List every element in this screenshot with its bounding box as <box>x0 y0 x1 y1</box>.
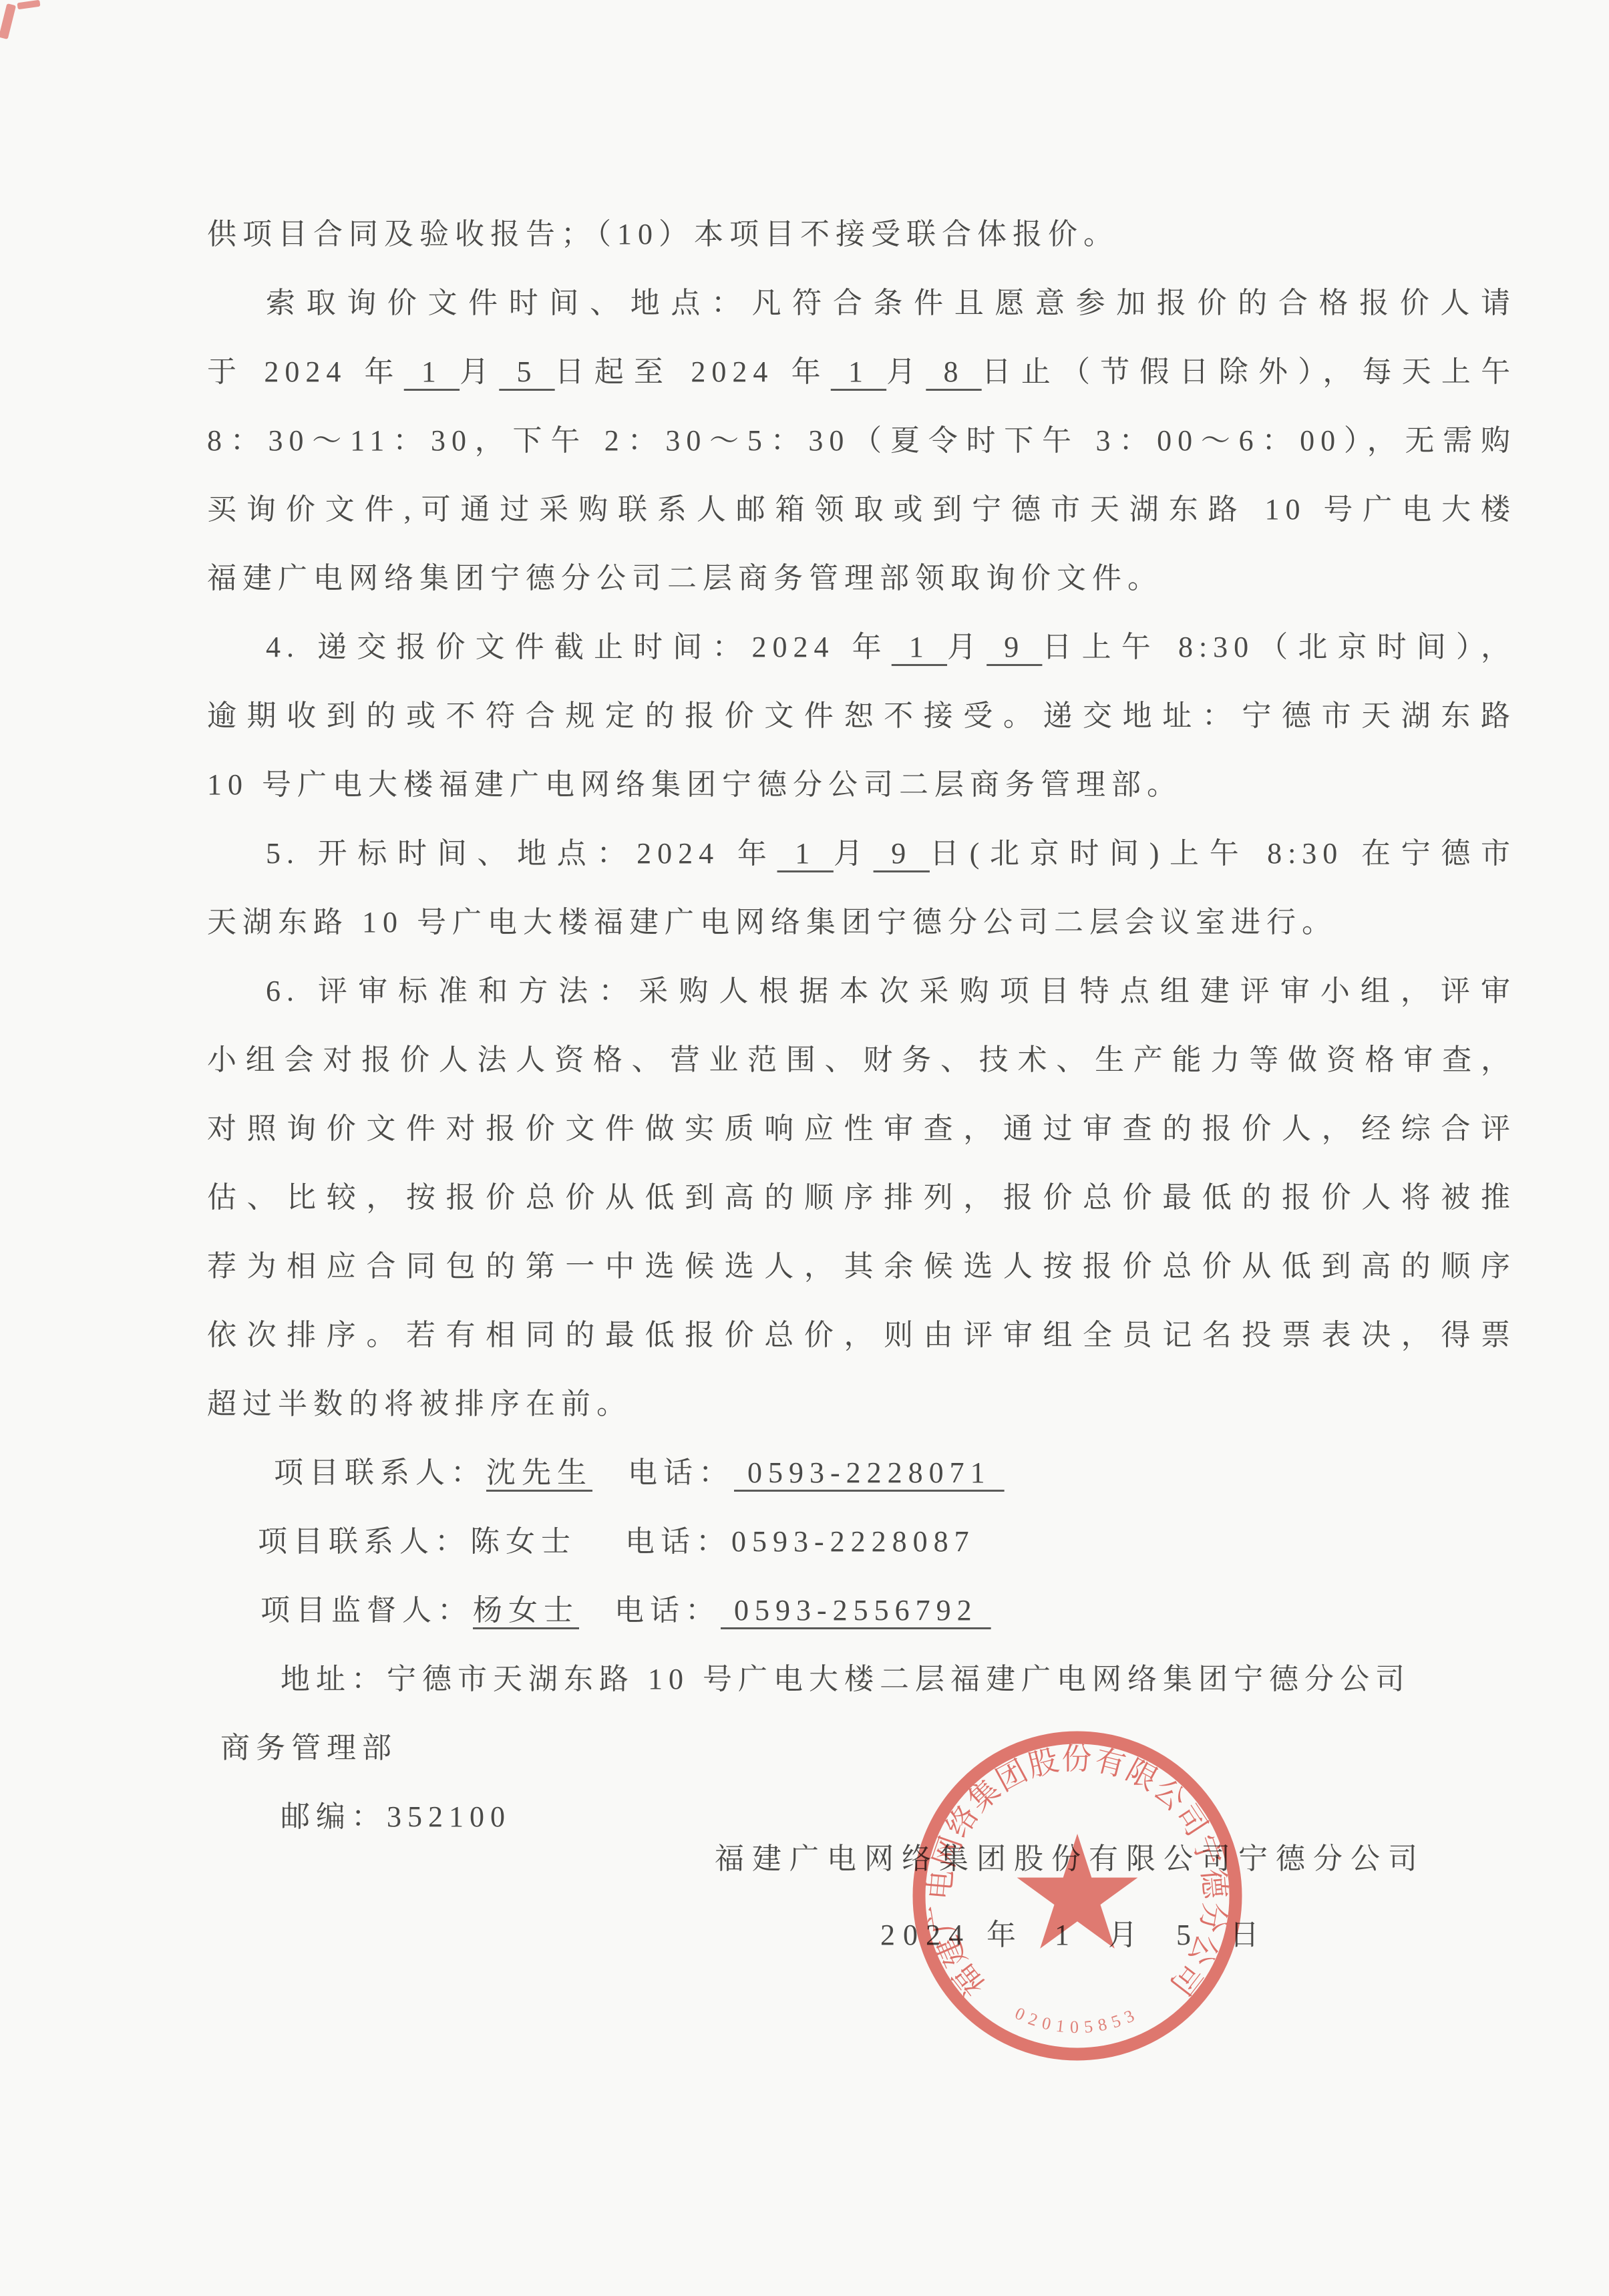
doc-line: 依次排序。若有相同的最低报价总价，则由评审组全员记名投票表决，得票 <box>207 1301 1516 1369</box>
underlined-value: 8 <box>926 355 981 388</box>
signature-date: 2024 年 1 月 5 日 <box>880 1901 1267 1969</box>
text-run: 于 2024 年 <box>207 355 404 388</box>
address-line-2: 商务管理部 <box>207 1713 1516 1782</box>
contact-name: 沈先生 <box>486 1456 592 1489</box>
stray-ink-mark <box>17 0 40 9</box>
contact-label: 项目联系人： <box>274 1456 486 1489</box>
text-run: 日(北京时间)上午 8:30 在宁德市 <box>930 837 1516 870</box>
text-run: 日上午 8:30（北京时间）， <box>1042 631 1516 663</box>
doc-line: 买询价文件,可通过采购联系人邮箱领取或到宁德市天湖东路 10 号广电大楼 <box>207 475 1516 544</box>
contact-label: 项目监督人： <box>260 1594 473 1627</box>
text-run: 月 <box>886 355 926 388</box>
doc-line: 天湖东路 10 号广电大楼福建广电网络集团宁德分公司二层会议室进行。 <box>207 888 1516 957</box>
doc-line: 福建广电网络集团宁德分公司二层商务管理部领取询价文件。 <box>207 544 1516 613</box>
underlined-value: 1 <box>777 837 834 870</box>
contact-name: 杨女士 <box>473 1594 579 1627</box>
doc-line: 对照询价文件对报价文件做实质响应性审查，通过审查的报价人，经综合评 <box>207 1094 1516 1163</box>
phone-label: 电话： <box>579 1594 721 1627</box>
contact-line-shen: 项目联系人：沈先生 电话： 0593-2228071 <box>207 1438 1516 1507</box>
doc-line: 供项目合同及验收报告；（10）本项目不接受联合体报价。 <box>207 200 1516 269</box>
doc-line: 小组会对报价人法人资格、营业范围、财务、技术、生产能力等做资格审查， <box>207 1025 1516 1094</box>
doc-line: 估、比较，按报价总价从低到高的顺序排列，报价总价最低的报价人将被推 <box>207 1163 1516 1232</box>
text-run: 日止（节假日除外），每天上午 <box>982 355 1516 388</box>
doc-line: 超过半数的将被排序在前。 <box>207 1369 1516 1438</box>
supervisor-line-yang: 项目监督人：杨女士 电话： 0593-2556792 <box>207 1576 1516 1645</box>
signature-company: 福建广电网络集团股份有限公司宁德分公司 <box>715 1824 1425 1893</box>
scanned-document-page: 供项目合同及验收报告；（10）本项目不接受联合体报价。 索取询价文件时间、地点：… <box>0 0 1609 2296</box>
doc-line-opening: 5. 开标时间、地点：2024 年 1 月 9 日(北京时间)上午 8:30 在… <box>207 819 1516 888</box>
phone-number: 0593-2228071 <box>734 1456 1005 1489</box>
seal-serial-number: 020105853 <box>1012 2003 1143 2037</box>
doc-line: 10 号广电大楼福建广电网络集团宁德分公司二层商务管理部。 <box>207 750 1516 819</box>
doc-line: 8：30～11：30，下午 2：30～5：30（夏令时下午 3：00～6：00）… <box>207 406 1516 475</box>
text-run: 日起至 2024 年 <box>555 355 831 388</box>
underlined-value: 9 <box>987 631 1042 663</box>
underlined-value: 1 <box>404 355 460 388</box>
doc-line: 6. 评审标准和方法：采购人根据本次采购项目特点组建评审小组，评审 <box>207 957 1516 1025</box>
doc-line: 荐为相应合同包的第一中选候选人，其余候选人按报价总价从低到高的顺序 <box>207 1232 1516 1301</box>
underlined-value: 1 <box>892 631 947 663</box>
doc-line-deadline: 4. 递交报价文件截止时间：2024 年 1 月 9 日上午 8:30（北京时间… <box>207 613 1516 681</box>
document-body: 供项目合同及验收报告；（10）本项目不接受联合体报价。 索取询价文件时间、地点：… <box>207 200 1516 1851</box>
text-run: 月 <box>834 837 874 870</box>
text-run: 5. 开标时间、地点：2024 年 <box>266 837 777 870</box>
text-run: 4. 递交报价文件截止时间：2024 年 <box>266 631 892 663</box>
phone-number: 0593-2556792 <box>721 1594 991 1627</box>
address-line: 地址：宁德市天湖东路 10 号广电大楼二层福建广电网络集团宁德分公司 <box>207 1645 1516 1713</box>
text-run: 月 <box>947 631 987 663</box>
stray-ink-mark <box>0 3 16 39</box>
doc-line-dates: 于 2024 年 1 月 5 日起至 2024 年 1 月 8 日止（节假日除外… <box>207 337 1516 406</box>
contact-line-chen: 项目联系人：陈女士 电话：0593-2228087 <box>207 1507 1516 1576</box>
phone-label: 电话： <box>592 1456 734 1489</box>
underlined-value: 1 <box>831 355 886 388</box>
text-run: 月 <box>460 355 499 388</box>
doc-line: 索取询价文件时间、地点：凡符合条件且愿意参加报价的合格报价人请 <box>207 269 1516 337</box>
underlined-value: 5 <box>499 355 554 388</box>
doc-line: 逾期收到的或不符合规定的报价文件恕不接受。递交地址：宁德市天湖东路 <box>207 681 1516 750</box>
underlined-value: 9 <box>874 837 930 870</box>
